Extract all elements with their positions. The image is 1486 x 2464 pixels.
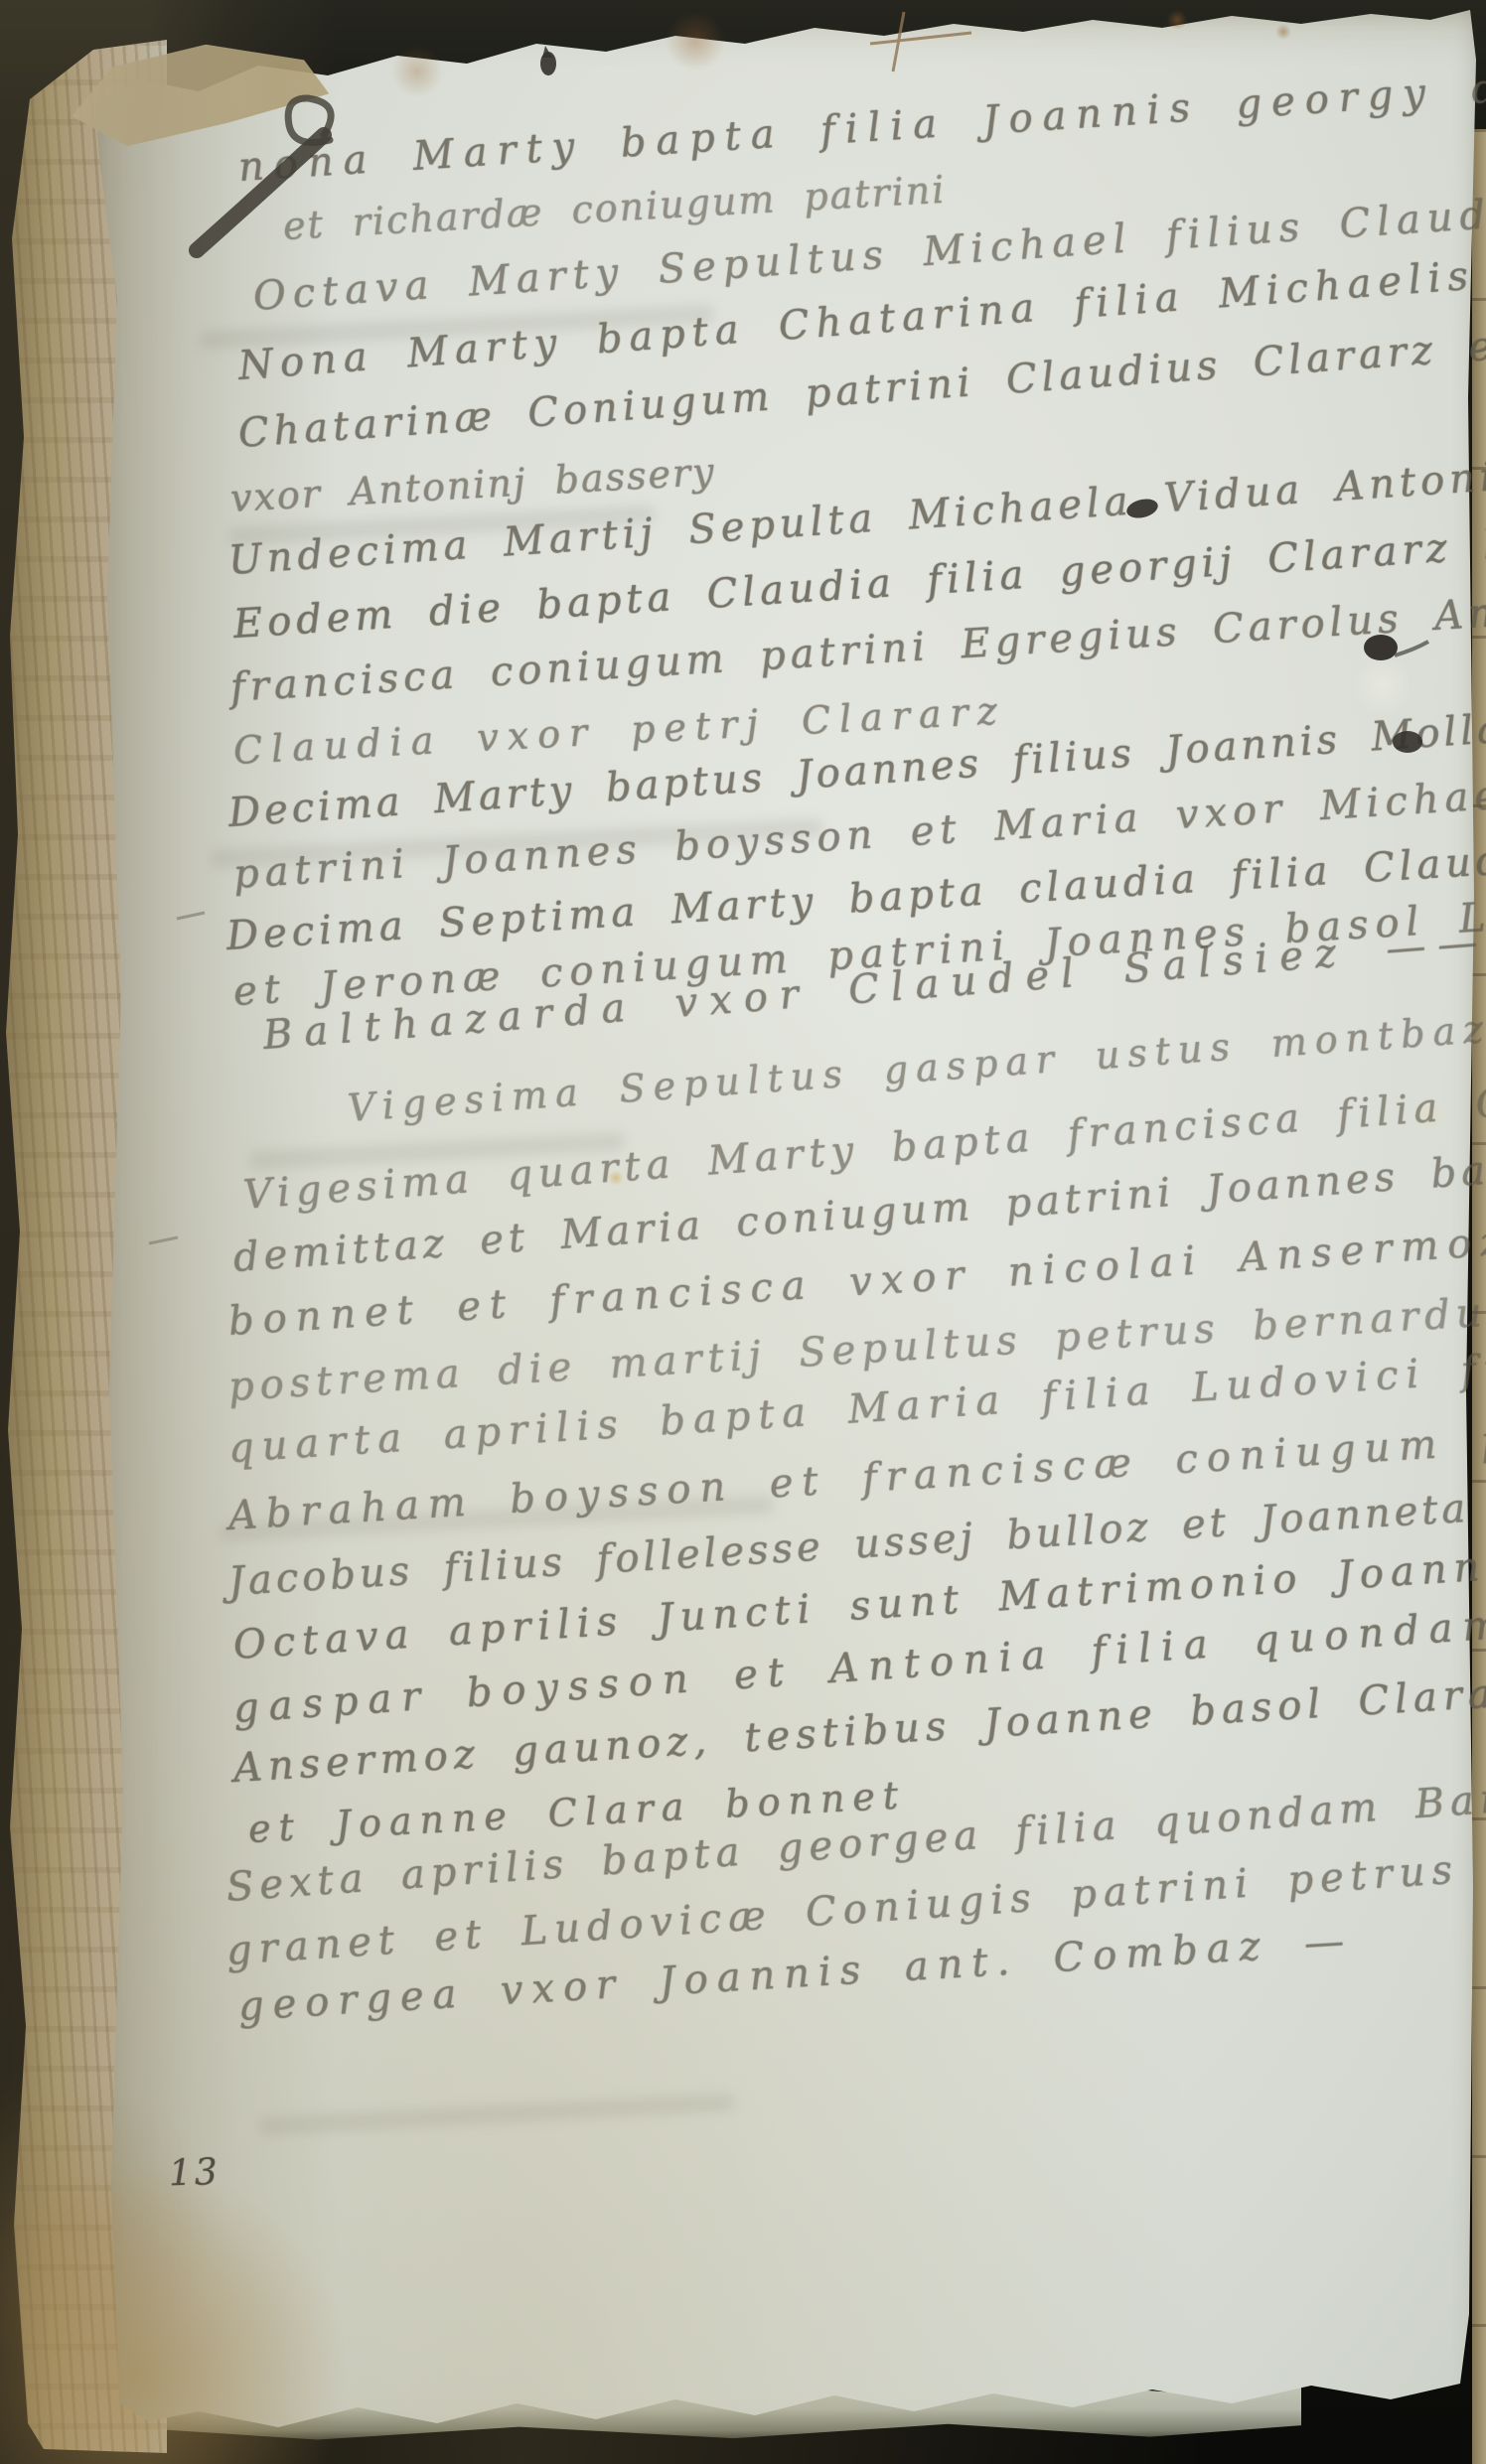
manuscript-text: nona Marty bapta filia Joannis georgy do… [0,0,1486,2464]
manuscript-line-1: nona Marty bapta filia Joannis georgy do… [237,55,1486,191]
page-number: 13 [168,2152,221,2195]
manuscript-scan: nona Marty bapta filia Joannis georgy do… [0,0,1486,2464]
